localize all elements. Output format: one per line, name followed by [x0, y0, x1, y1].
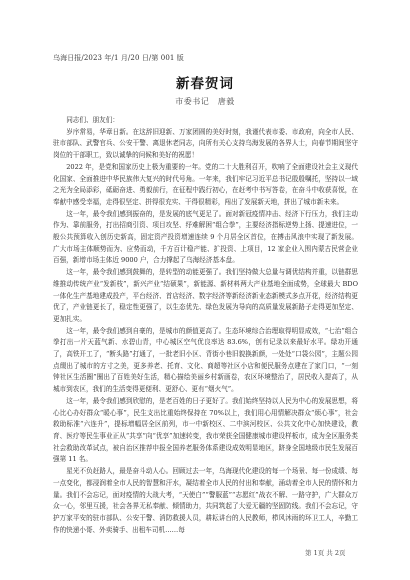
paragraph: 2022 年，是党和国家历史上极为重要的一年。党的二十大胜利召开，吹响了全面建设… [53, 162, 358, 209]
document-page: 乌海日报/2023 年/1 月/20 日/第 001 版 新春贺词 市委书记 唐… [0, 0, 410, 580]
paragraph: 这一年，最令我们感到自豪的，是城市的颜值更高了。生态环境综合治理取得明显成效，“… [53, 326, 358, 396]
paragraph: 星光不负赶路人，最是奋斗动人心。回顾过去一年，乌海现代化建设的每一个场景、每一份… [53, 466, 358, 536]
byline: 市委书记 唐毅 [0, 96, 410, 107]
page-title: 新春贺词 [0, 72, 410, 92]
paragraph: 这一年，最令我们感到振奋的，是发展的底气更足了。面对新冠疫情冲击、经济下行压力，… [53, 209, 358, 268]
paragraph: 这一年，最令我们感到欣慰的，是老百姓的日子更好了。我们始终坚持以人民为中心的发展… [53, 396, 358, 466]
paragraph: 岁序常易，华章日新。在这辞旧迎新、万家团圆的美好时刻，我谨代表市委、市政府，向全… [53, 127, 358, 162]
article-body: 同志们、朋友们： 岁序常易，华章日新。在这辞旧迎新、万家团圆的美好时刻，我谨代表… [53, 115, 358, 536]
paragraph: 这一年，最令我们感到鼓舞的，是转型的动能更强了。我们坚持做大总量与调优结构并重，… [53, 267, 358, 326]
masthead-line: 乌海日报/2023 年/1 月/20 日/第 001 版 [53, 53, 184, 63]
salutation: 同志们、朋友们： [53, 115, 358, 127]
page-number: 第 1页 共 2页 [305, 548, 345, 557]
